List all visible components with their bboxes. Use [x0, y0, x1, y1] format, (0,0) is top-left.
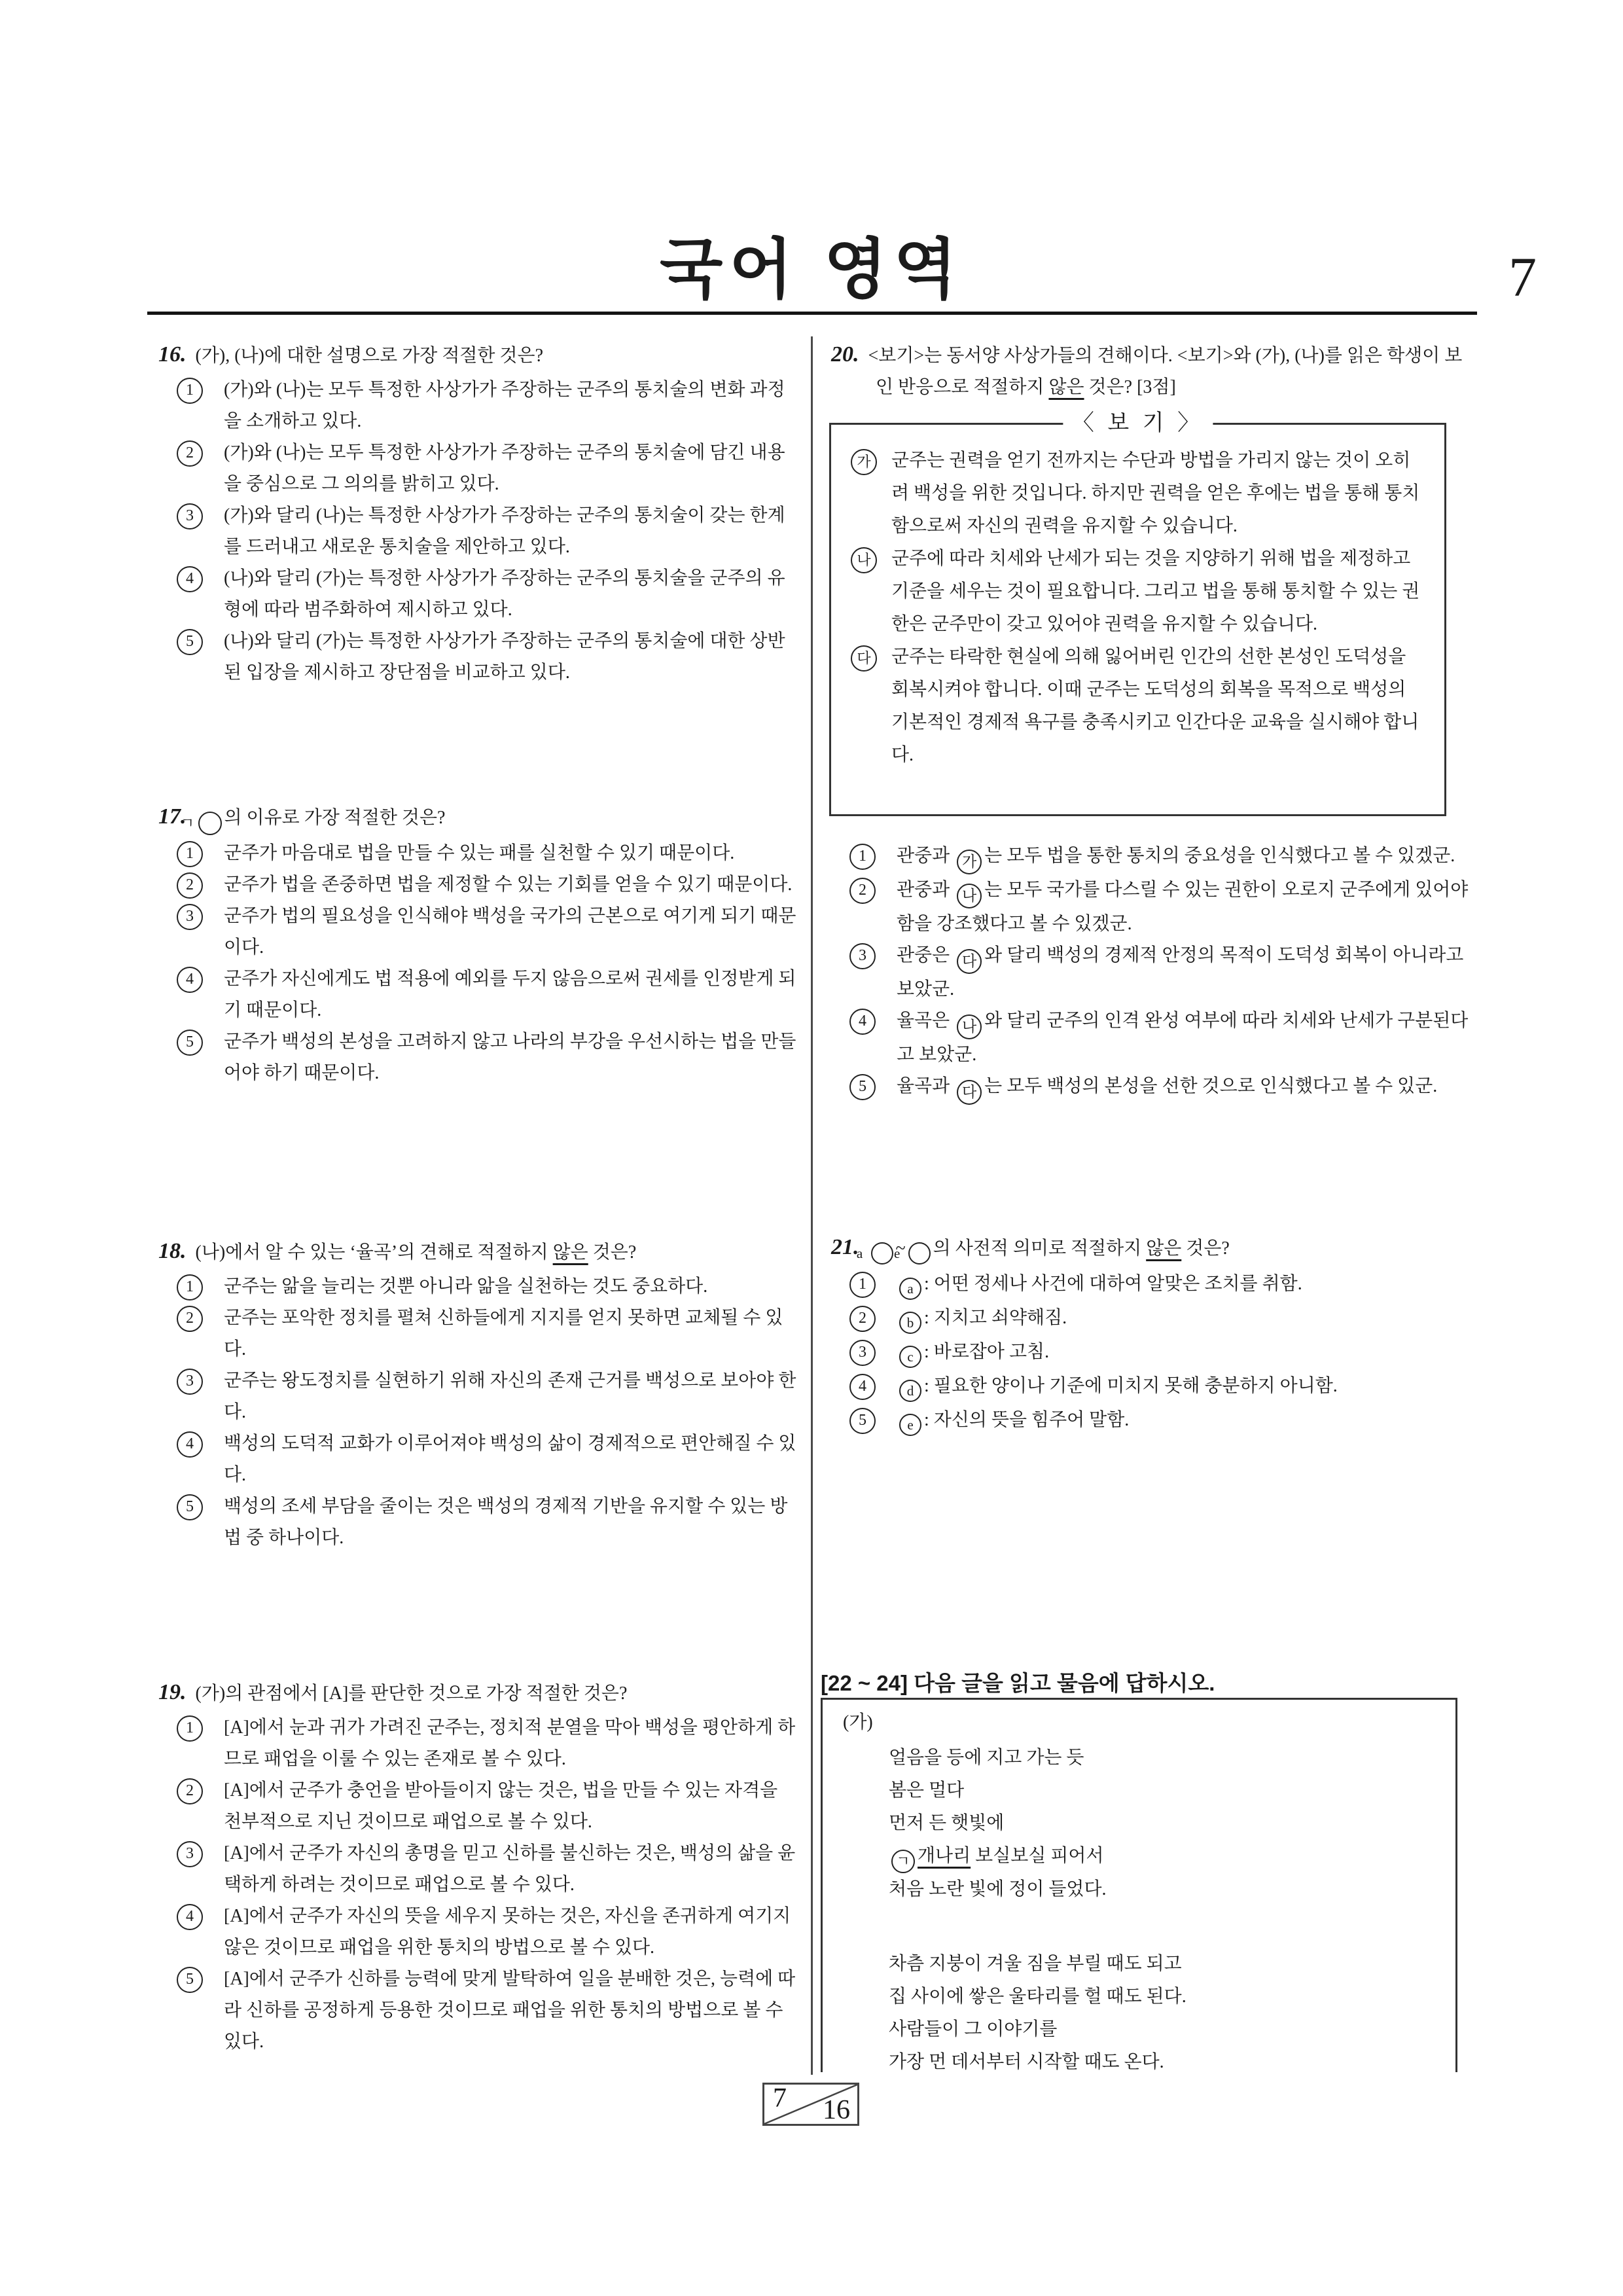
passage-box: (가) 얼음을 등에 지고 가는 듯 봄은 멀다 먼저 든 햇빛에 ㄱ개나리 보…	[821, 1698, 1457, 2072]
choice-marker: 1	[177, 841, 203, 867]
circled-e-marker: e	[899, 1414, 921, 1436]
circled-na-marker: 나	[851, 547, 877, 573]
circled-da-marker: 다	[957, 1080, 982, 1105]
choice-text: 관중과	[897, 880, 954, 900]
choice-item: 5군주가 백성의 본성을 고려하지 않고 나라의 부강을 우선시하는 법을 만들…	[158, 1026, 800, 1089]
choice-text: 군주가 마음대로 법을 만들 수 있는 패를 실천할 수 있기 때문이다.	[224, 843, 734, 863]
choice-marker: 2	[849, 1306, 876, 1332]
poem: 얼음을 등에 지고 가는 듯 봄은 멀다 먼저 든 햇빛에 ㄱ개나리 보실보실 …	[843, 1742, 1436, 2072]
choice-text: [A]에서 군주가 신하를 능력에 맞게 발탁하여 일을 분배한 것은, 능력에…	[224, 1969, 795, 2052]
choice-marker: 1	[849, 844, 876, 870]
bogi-item-text: 군주는 타락한 현실에 의해 잃어버린 인간의 선한 본성인 도덕성을 회복시켜…	[891, 647, 1419, 765]
choice-item: 3관중은 다와 달리 백성의 경제적 안정의 목적이 도덕성 회복이 아니라고 …	[831, 940, 1472, 1005]
circled-ga-marker: 가	[851, 449, 877, 475]
choice-text: (가)와 달리 (나)는 특정한 사상가가 주장하는 군주의 통치술이 갖는 한…	[224, 505, 785, 557]
choice-item: 3[A]에서 군주가 자신의 총명을 믿고 신하를 불신하는 것은, 백성의 삶…	[158, 1838, 800, 1901]
choice-item: 5[A]에서 군주가 신하를 능력에 맞게 발탁하여 일을 분배한 것은, 능력…	[158, 1964, 800, 2058]
footer-current-page: 7	[773, 2083, 787, 2113]
choice-marker: 4	[177, 967, 203, 993]
choice-item: 4[A]에서 군주가 자신의 뜻을 세우지 못하는 것은, 자신을 존귀하게 여…	[158, 1901, 800, 1964]
passage-section-header: [22 ~ 24] 다음 글을 읽고 물음에 답하시오.	[821, 1666, 1462, 1697]
choice-item: 3군주가 법의 필요성을 인식해야 백성을 국가의 근본으로 여기게 되기 때문…	[158, 901, 800, 963]
bogi-label: 〈 보 기 〉	[1063, 407, 1213, 440]
choice-text: 군주는 왕도정치를 실현하기 위해 자신의 존재 근거를 백성으로 보아야 한다…	[224, 1371, 796, 1422]
choice-item: 3군주는 왕도정치를 실현하기 위해 자신의 존재 근거를 백성으로 보아야 한…	[158, 1365, 800, 1428]
choice-item: 4군주가 자신에게도 법 적용에 예외를 두지 않음으로써 권세를 인정받게 되…	[158, 963, 800, 1026]
question-17: 17.ㄱ의 이유로 가장 적절한 것은? 1군주가 마음대로 법을 만들 수 있…	[158, 801, 800, 1089]
circled-c-marker: c	[899, 1346, 921, 1368]
choice-text: : 어떤 정세나 사건에 대하여 알맞은 조치를 취함.	[924, 1274, 1302, 1294]
circled-giyeok-marker: ㄱ	[891, 1850, 915, 1873]
choice-marker: 2	[177, 1306, 203, 1332]
choice-item: 2b: 지치고 쇠약해짐.	[831, 1301, 1472, 1335]
choice-marker: 2	[177, 1778, 203, 1804]
choice-marker: 5	[177, 1030, 203, 1056]
choice-text: 와 달리 백성의 경제적 안정의 목적이 도덕성 회복이 아니라고 보았군.	[897, 945, 1463, 999]
choice-item: 1[A]에서 눈과 귀가 가려진 군주는, 정치적 분열을 막아 백성을 평안하…	[158, 1712, 800, 1775]
choice-text: 관중과	[897, 846, 954, 866]
choice-item: 1(가)와 (나)는 모두 특정한 사상가가 주장하는 군주의 통치술의 변화 …	[158, 374, 800, 437]
choice-text: : 필요한 양이나 기준에 미치지 못해 충분하지 아니함.	[924, 1376, 1338, 1396]
footer-total-pages: 16	[823, 2095, 850, 2125]
choice-item: 3c: 바로잡아 고침.	[831, 1335, 1472, 1369]
poem-line-text: 보실보실 피어서	[971, 1846, 1103, 1866]
choice-text: 군주가 법을 존중하면 법을 제정할 수 있는 기회를 얻을 수 있기 때문이다…	[224, 874, 792, 895]
choice-marker: 1	[849, 1272, 876, 1298]
bogi-box: 〈 보 기 〉 가군주는 권력을 얻기 전까지는 수단과 방법을 가리지 않는 …	[829, 423, 1446, 816]
choice-item: 2(가)와 (나)는 모두 특정한 사상가가 주장하는 군주의 통치술에 담긴 …	[158, 437, 800, 500]
column-divider	[811, 336, 813, 2075]
choice-item: 2군주가 법을 존중하면 법을 제정할 수 있는 기회를 얻을 수 있기 때문이…	[158, 869, 800, 901]
prompt-text: (가)의 관점에서 [A]를 판단한 것으로 가장 적절한 것은?	[196, 1683, 628, 1704]
choice-item: 5e: 자신의 뜻을 힘주어 말함.	[831, 1403, 1472, 1437]
prompt-text: 것은?	[1181, 1238, 1230, 1259]
question-17-prompt: 17.ㄱ의 이유로 가장 적절한 것은?	[158, 801, 800, 835]
circled-ga-marker: 가	[957, 850, 982, 874]
poem-line: 얼음을 등에 지고 가는 듯	[889, 1742, 1436, 1774]
choice-marker: 5	[177, 1494, 203, 1520]
poem-line: 집 사이에 쌓은 울타리를 헐 때도 된다.	[889, 1981, 1436, 2013]
circled-da-marker: 다	[851, 645, 877, 672]
question-number: 21.	[831, 1235, 859, 1259]
choice-item: 1군주가 마음대로 법을 만들 수 있는 패를 실천할 수 있기 때문이다.	[158, 838, 800, 869]
choice-item: 1관중과 가는 모두 법을 통한 통치의 중요성을 인식했다고 볼 수 있겠군.	[831, 840, 1472, 874]
choice-text: 군주는 앎을 늘리는 것뿐 아니라 앎을 실천하는 것도 중요하다.	[224, 1276, 707, 1297]
question-21-prompt: 21.a~e의 사전적 의미로 적절하지 않은 것은?	[831, 1232, 1472, 1265]
page-footer-box: 7 16	[762, 2083, 859, 2126]
choice-text: : 바로잡아 고침.	[924, 1342, 1049, 1362]
choice-marker: 3	[177, 1369, 203, 1395]
poem-line: 가장 먼 데서부터 시작할 때도 온다.	[889, 2046, 1436, 2072]
choice-item: 1군주는 앎을 늘리는 것뿐 아니라 앎을 실천하는 것도 중요하다.	[158, 1271, 800, 1302]
choice-item: 5백성의 조세 부담을 줄이는 것은 백성의 경제적 기반을 유지할 수 있는 …	[158, 1491, 800, 1554]
circled-e-marker: e	[908, 1242, 931, 1265]
choice-item: 2관중과 나는 모두 국가를 다스릴 수 있는 권한이 오로지 군주에게 있어야…	[831, 874, 1472, 940]
header-rule	[147, 312, 1477, 315]
choice-text: (가)와 (나)는 모두 특정한 사상가가 주장하는 군주의 통치술의 변화 과…	[224, 380, 785, 431]
choice-text: 는 모두 국가를 다스릴 수 있는 권한이 오로지 군주에게 있어야 함을 강조…	[897, 880, 1468, 934]
poem-stanza-1: 얼음을 등에 지고 가는 듯 봄은 멀다 먼저 든 햇빛에 ㄱ개나리 보실보실 …	[889, 1742, 1436, 1906]
prompt-text: 의 사전적 의미로 적절하지	[933, 1238, 1147, 1259]
choice-marker: 5	[177, 629, 203, 655]
question-16: 16.(가), (나)에 대한 설명으로 가장 적절한 것은? 1(가)와 (나…	[158, 339, 800, 689]
choice-item: 4백성의 도덕적 교화가 이루어져야 백성의 삶이 경제적으로 편안해질 수 있…	[158, 1428, 800, 1491]
choice-marker: 1	[177, 1715, 203, 1742]
prompt-text: 것은? [3점]	[1084, 377, 1176, 397]
page-title: 국어 영역	[0, 236, 1623, 304]
poem-line: ㄱ개나리 보실보실 피어서	[889, 1840, 1436, 1873]
underlined-word: 개나리	[918, 1846, 971, 1866]
choice-marker: 4	[177, 1431, 203, 1458]
choice-text: : 자신의 뜻을 힘주어 말함.	[924, 1410, 1129, 1430]
underlined-word: 않은	[1048, 377, 1084, 397]
choice-marker: 1	[177, 378, 203, 404]
choice-text: 는 모두 법을 통한 통치의 중요성을 인식했다고 볼 수 있겠군.	[984, 846, 1455, 866]
poem-line: 사람들이 그 이야기를	[889, 2013, 1436, 2046]
question-18: 18.(나)에서 알 수 있는 ‘율곡’의 견해로 적절하지 않은 것은? 1군…	[158, 1236, 800, 1554]
choice-text: (나)와 달리 (가)는 특정한 사상가가 주장하는 군주의 통치술에 대한 상…	[224, 631, 785, 683]
choice-marker: 5	[849, 1074, 876, 1100]
bogi-item: 다군주는 타락한 현실에 의해 잃어버린 인간의 선한 본성인 도덕성을 회복시…	[851, 641, 1422, 772]
choice-text: 군주가 자신에게도 법 적용에 예외를 두지 않음으로써 권세를 인정받게 되기…	[224, 969, 796, 1020]
bogi-item-text: 군주에 따라 치세와 난세가 되는 것을 지양하기 위해 법을 제정하고 기준을…	[891, 548, 1419, 634]
choice-marker: 4	[177, 1904, 203, 1930]
choice-item: 5(나)와 달리 (가)는 특정한 사상가가 주장하는 군주의 통치술에 대한 …	[158, 626, 800, 689]
choice-marker: 3	[177, 1841, 203, 1867]
underlined-word: 않은	[1146, 1238, 1181, 1259]
circled-giyeok-marker: ㄱ	[198, 812, 222, 835]
choice-text: 율곡과	[897, 1076, 954, 1096]
question-19-prompt: 19.(가)의 관점에서 [A]를 판단한 것으로 가장 적절한 것은?	[158, 1677, 800, 1710]
choice-marker: 4	[177, 566, 203, 592]
circled-b-marker: b	[899, 1312, 921, 1334]
choice-text: 율곡은	[897, 1011, 954, 1031]
choice-marker: 2	[177, 440, 203, 467]
choice-marker: 3	[177, 904, 203, 930]
choice-text: 와 달리 군주의 인격 완성 여부에 따라 치세와 난세가 구분된다고 보았군.	[897, 1011, 1468, 1065]
choice-text: (가)와 (나)는 모두 특정한 사상가가 주장하는 군주의 통치술에 담긴 내…	[224, 442, 785, 494]
choice-text: [A]에서 군주가 자신의 총명을 믿고 신하를 불신하는 것은, 백성의 삶을…	[224, 1843, 795, 1895]
prompt-text: 것은?	[588, 1242, 637, 1263]
circled-na-marker: 나	[957, 884, 982, 908]
question-18-prompt: 18.(나)에서 알 수 있는 ‘율곡’의 견해로 적절하지 않은 것은?	[158, 1236, 800, 1268]
question-16-prompt: 16.(가), (나)에 대한 설명으로 가장 적절한 것은?	[158, 339, 800, 372]
exam-page: 국어 영역 7 16.(가), (나)에 대한 설명으로 가장 적절한 것은? …	[0, 0, 1623, 2296]
choice-item: 2[A]에서 군주가 충언을 받아들이지 않는 것은, 법을 만들 수 있는 자…	[158, 1775, 800, 1838]
question-number: 18.	[158, 1239, 187, 1263]
choice-item: 3(가)와 달리 (나)는 특정한 사상가가 주장하는 군주의 통치술이 갖는 …	[158, 500, 800, 563]
choice-text: [A]에서 군주가 자신의 뜻을 세우지 못하는 것은, 자신을 존귀하게 여기…	[224, 1906, 791, 1958]
poem-line: 처음 노란 빛에 정이 들었다.	[889, 1873, 1436, 1906]
passage-content: (가) 얼음을 등에 지고 가는 듯 봄은 멀다 먼저 든 햇빛에 ㄱ개나리 보…	[823, 1700, 1455, 2072]
poem-line: 먼저 든 햇빛에	[889, 1807, 1436, 1840]
choice-marker: 2	[849, 878, 876, 904]
question-20-prompt: 20.<보기>는 동서양 사상가들의 견해이다. <보기>와 (가), (나)를…	[831, 339, 1472, 403]
choice-text: 백성의 조세 부담을 줄이는 것은 백성의 경제적 기반을 유지할 수 있는 방…	[224, 1496, 787, 1548]
bogi-item-text: 군주는 권력을 얻기 전까지는 수단과 방법을 가리지 않는 것이 오히려 백성…	[891, 450, 1419, 536]
choice-marker: 5	[177, 1967, 203, 1993]
question-number: 20.	[831, 342, 859, 367]
choice-marker: 5	[849, 1408, 876, 1434]
circled-a-marker: a	[899, 1278, 921, 1300]
choice-text: 군주는 포악한 정치를 펼쳐 신하들에게 지지를 얻지 못하면 교체될 수 있다…	[224, 1308, 783, 1359]
bogi-item: 가군주는 권력을 얻기 전까지는 수단과 방법을 가리지 않는 것이 오히려 백…	[851, 444, 1422, 543]
prompt-text: 의 이유로 가장 적절한 것은?	[224, 808, 446, 828]
choice-marker: 4	[849, 1009, 876, 1035]
choice-marker: 3	[177, 503, 203, 529]
choice-text: 군주가 백성의 본성을 고려하지 않고 나라의 부강을 우선시하는 법을 만들어…	[224, 1031, 796, 1083]
choice-text: (나)와 달리 (가)는 특정한 사상가가 주장하는 군주의 통치술을 군주의 …	[224, 568, 785, 620]
choice-marker: 4	[849, 1374, 876, 1400]
question-number: 16.	[158, 342, 187, 367]
choice-marker: 1	[177, 1274, 203, 1300]
question-20: 20.<보기>는 동서양 사상가들의 견해이다. <보기>와 (가), (나)를…	[831, 339, 1472, 406]
question-19: 19.(가)의 관점에서 [A]를 판단한 것으로 가장 적절한 것은? 1[A…	[158, 1677, 800, 2058]
choice-text: : 지치고 쇠약해짐.	[924, 1308, 1067, 1328]
circled-d-marker: d	[899, 1380, 921, 1402]
circled-na-marker: 나	[957, 1014, 982, 1039]
circled-a-marker: a	[871, 1242, 893, 1265]
bogi-content: 가군주는 권력을 얻기 전까지는 수단과 방법을 가리지 않는 것이 오히려 백…	[831, 425, 1444, 785]
question-number: 19.	[158, 1680, 187, 1704]
choice-item: 1a: 어떤 정세나 사건에 대하여 알맞은 조치를 취함.	[831, 1267, 1472, 1301]
choice-item: 5율곡과 다는 모두 백성의 본성을 선한 것으로 인식했다고 볼 수 있군.	[831, 1071, 1472, 1105]
poem-stanza-2: 차츰 지붕이 겨울 짐을 부릴 때도 되고 집 사이에 쌓은 울타리를 헐 때도…	[889, 1948, 1436, 2072]
question-20-choices: 1관중과 가는 모두 법을 통한 통치의 중요성을 인식했다고 볼 수 있겠군.…	[831, 840, 1472, 1105]
prompt-text: (나)에서 알 수 있는 ‘율곡’의 견해로 적절하지	[196, 1242, 553, 1263]
choice-text: [A]에서 군주가 충언을 받아들이지 않는 것은, 법을 만들 수 있는 자격…	[224, 1780, 777, 1832]
choice-marker: 3	[849, 1340, 876, 1366]
passage-label: (가)	[843, 1706, 1436, 1739]
prompt-text: (가), (나)에 대한 설명으로 가장 적절한 것은?	[196, 346, 544, 366]
choice-item: 2군주는 포악한 정치를 펼쳐 신하들에게 지지를 얻지 못하면 교체될 수 있…	[158, 1302, 800, 1365]
page-number: 7	[1508, 247, 1537, 306]
choice-text: 군주가 법의 필요성을 인식해야 백성을 국가의 근본으로 여기게 되기 때문이…	[224, 906, 796, 958]
choice-text: 는 모두 백성의 본성을 선한 것으로 인식했다고 볼 수 있군.	[984, 1076, 1437, 1096]
question-21: 21.a~e의 사전적 의미로 적절하지 않은 것은? 1a: 어떤 정세나 사…	[831, 1232, 1472, 1437]
choice-item: 4d: 필요한 양이나 기준에 미치지 못해 충분하지 아니함.	[831, 1369, 1472, 1403]
circled-da-marker: 다	[957, 949, 982, 974]
choice-text: 백성의 도덕적 교화가 이루어져야 백성의 삶이 경제적으로 편안해질 수 있다…	[224, 1433, 796, 1485]
choice-item: 4(나)와 달리 (가)는 특정한 사상가가 주장하는 군주의 통치술을 군주의…	[158, 563, 800, 626]
choice-text: 관중은	[897, 945, 954, 965]
choice-item: 4율곡은 나와 달리 군주의 인격 완성 여부에 따라 치세와 난세가 구분된다…	[831, 1005, 1472, 1071]
poem-line: 봄은 멀다	[889, 1774, 1436, 1807]
bogi-item: 나군주에 따라 치세와 난세가 되는 것을 지양하기 위해 법을 제정하고 기준…	[851, 543, 1422, 641]
poem-line: 차츰 지붕이 겨울 짐을 부릴 때도 되고	[889, 1948, 1436, 1981]
underlined-word: 않은	[553, 1242, 588, 1263]
choice-marker: 2	[177, 872, 203, 899]
choice-text: [A]에서 눈과 귀가 가려진 군주는, 정치적 분열을 막아 백성을 평안하게…	[224, 1717, 795, 1769]
choice-marker: 3	[849, 943, 876, 969]
